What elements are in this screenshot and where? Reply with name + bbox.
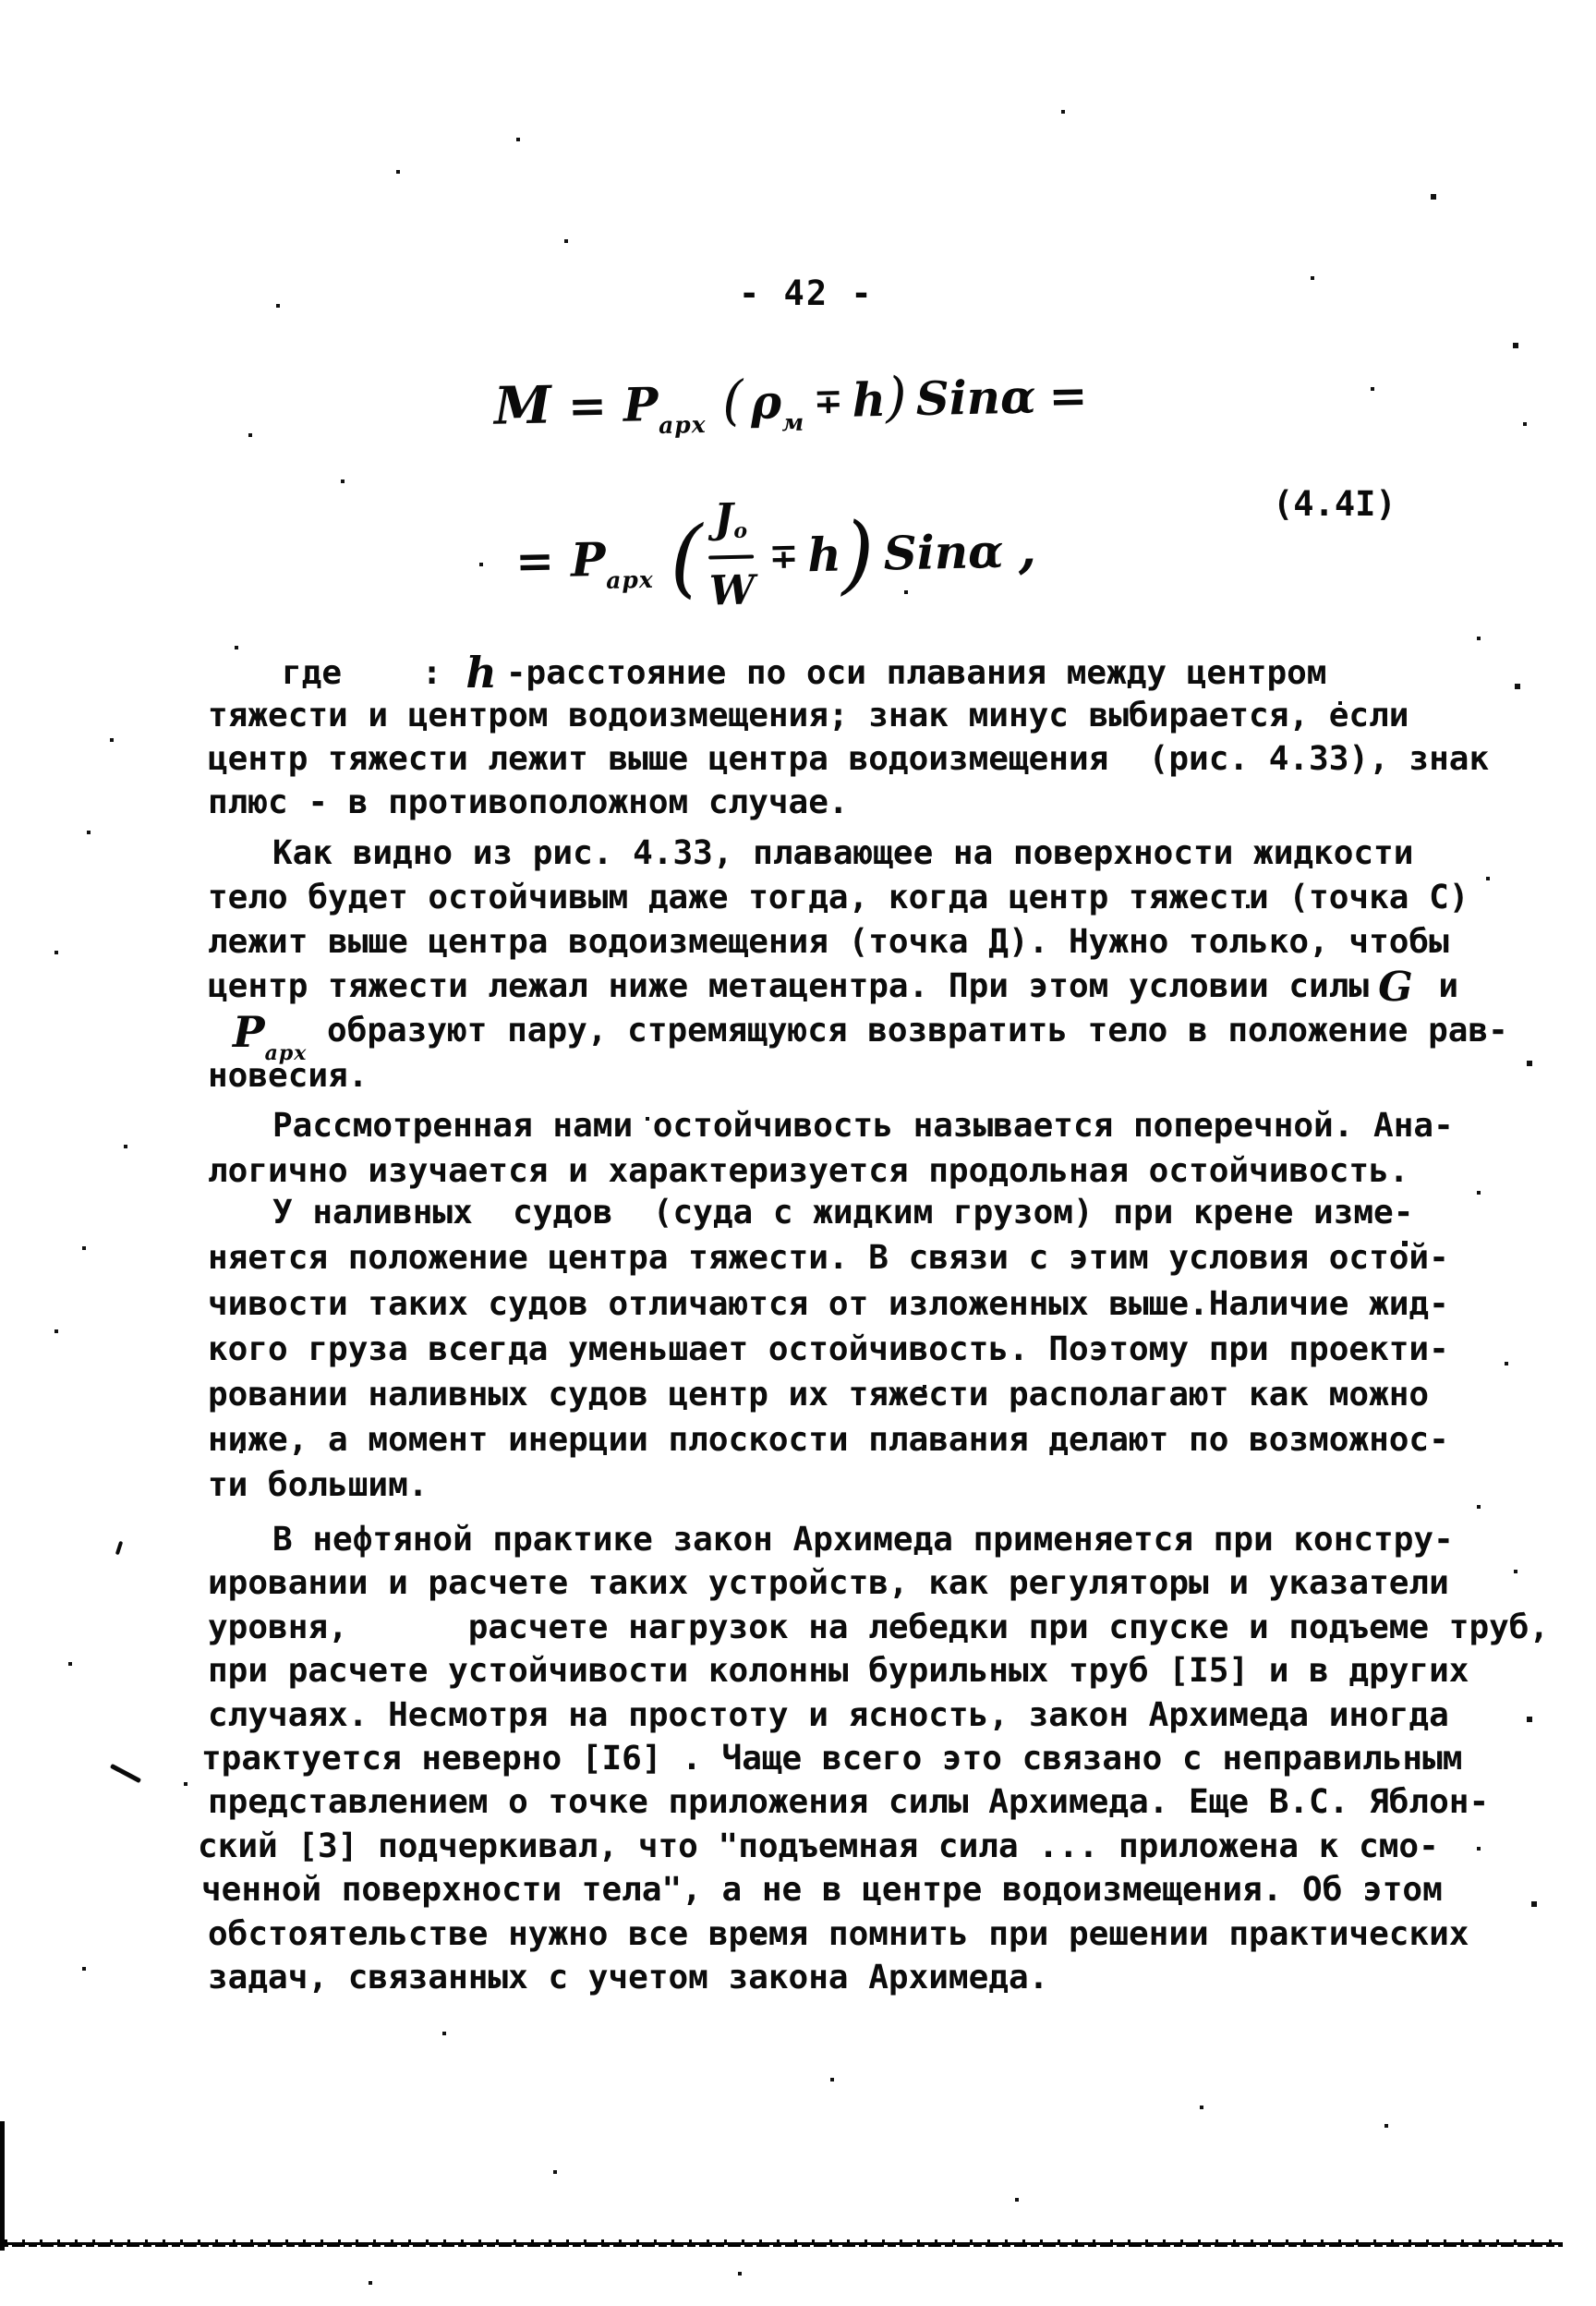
fraction-Jo-W: JoW <box>702 488 761 615</box>
equation-number: (4.4I) <box>1273 484 1396 524</box>
formula-sin-alpha: Sinα <box>883 524 1004 581</box>
paren-open: ( <box>721 369 744 431</box>
text-line: обстоятельстве нужно все время помнить п… <box>208 1914 1469 1955</box>
text-line: трактуется неверно [I6] . Чаще всего это… <box>201 1739 1462 1779</box>
text-line: ти большим. <box>208 1465 428 1506</box>
text-line: кого груза всегда уменьшает остойчивость… <box>208 1329 1449 1370</box>
formula-line-1: M=Pарх(ρм∓h)Sinα= <box>493 361 1088 442</box>
line-text: и <box>1419 967 1458 1005</box>
text-line: лежит выше центра водоизмещения (точка Д… <box>208 922 1449 963</box>
formula-P-arch: Pарх <box>623 376 706 432</box>
line-text: -расстояние по оси плавания между центро… <box>506 654 1327 692</box>
text-line: няется положение центра тяжести. В связи… <box>208 1238 1449 1279</box>
text-line: ченной поверхности тела", а не в центре … <box>201 1870 1443 1911</box>
text-line: задач, связанных с учетом закона Архимед… <box>208 1958 1048 1998</box>
text-line: У наливных судов (суда с жидким грузом) … <box>272 1193 1413 1233</box>
line-text: образуют пару, стремящуюся возвратить те… <box>307 1012 1507 1050</box>
scan-edge-bottom <box>0 2238 1563 2249</box>
line-text: где : <box>282 654 441 692</box>
text-line: ский [3] подчеркивал, что "подъемная сил… <box>198 1827 1439 1867</box>
text-line: Как видно из рис. 4.33, плавающее на пов… <box>272 833 1413 874</box>
scan-edge-left <box>0 2121 5 2251</box>
text-line: чивости таких судов отличаются от изложе… <box>208 1284 1449 1325</box>
text-line: ровании наливных судов центр их тяжести … <box>208 1375 1429 1415</box>
text-line: тяжести и центром водоизмещения; знак ми… <box>208 696 1409 736</box>
formula-line-2: =Pарх(JoW∓h)Sinα, <box>514 482 1038 620</box>
handwritten-G: G <box>1369 964 1419 1011</box>
formula-rho-m: ρм <box>750 374 804 430</box>
minus-plus-sign: ∓ <box>759 534 808 576</box>
page-number: - 42 - <box>739 273 874 313</box>
paren-close: ) <box>885 365 907 428</box>
text-line: центр тяжести лежал ниже метацентра. При… <box>208 966 1458 1007</box>
minus-plus-sign: ∓ <box>804 380 852 422</box>
text-line: В нефтяной практике закон Архимеда приме… <box>272 1520 1454 1560</box>
text-line: уровня, расчете нагрузок на лебедки при … <box>208 1608 1549 1648</box>
scan-mark-tick <box>115 1541 123 1556</box>
comma: , <box>1018 518 1037 579</box>
text-line: Рассмотренная нами остойчивость называет… <box>272 1106 1454 1147</box>
text-line: новесия. <box>208 1056 368 1097</box>
formula-h: h <box>807 528 842 583</box>
handwritten-P-arch: Pарх <box>233 1007 307 1057</box>
equals-sign: = <box>567 378 607 433</box>
text-line: плюс - в противоположном случае. <box>208 783 849 823</box>
formula-sin-alpha: Sinα <box>915 369 1036 426</box>
text-line: центр тяжести лежит выше центра водоизме… <box>208 739 1489 780</box>
text-line: Pарх образуют пару, стремящуюся возврати… <box>233 1011 1508 1053</box>
scanned-page: - 42 - M=Pарх(ρм∓h)Sinα= =Pарх(JoW∓h)Sin… <box>0 0 1596 2306</box>
text-line: ниже, а момент инерции плоскости плавани… <box>208 1420 1449 1461</box>
text-line: тело будет остойчивым даже тогда, когда … <box>208 878 1469 918</box>
formula-h: h <box>852 372 887 428</box>
text-line: логично изучается и характеризуется прод… <box>208 1151 1409 1192</box>
scan-mark-diagonal <box>110 1764 141 1783</box>
text-line: случаях. Несмотря на простоту и ясность,… <box>208 1695 1449 1736</box>
text-line: где :h-расстояние по оси плавания между … <box>282 653 1326 694</box>
equals-sign: = <box>1048 368 1088 423</box>
equals-sign: = <box>515 533 555 589</box>
line-text: центр тяжести лежал ниже метацентра. При… <box>208 967 1369 1005</box>
scan-noise <box>0 0 2 2</box>
handwritten-h: h <box>441 648 505 698</box>
paren-open: ( <box>669 508 704 608</box>
text-line: ировании и расчете таких устройств, как … <box>208 1563 1449 1604</box>
formula-P-arch: Pарх <box>570 531 653 588</box>
paren-close: ) <box>840 504 876 604</box>
formula-M: M <box>493 374 551 436</box>
text-line: представлением о точке приложения силы А… <box>208 1782 1489 1823</box>
text-line: при расчете устойчивости колонны бурильн… <box>208 1651 1469 1692</box>
